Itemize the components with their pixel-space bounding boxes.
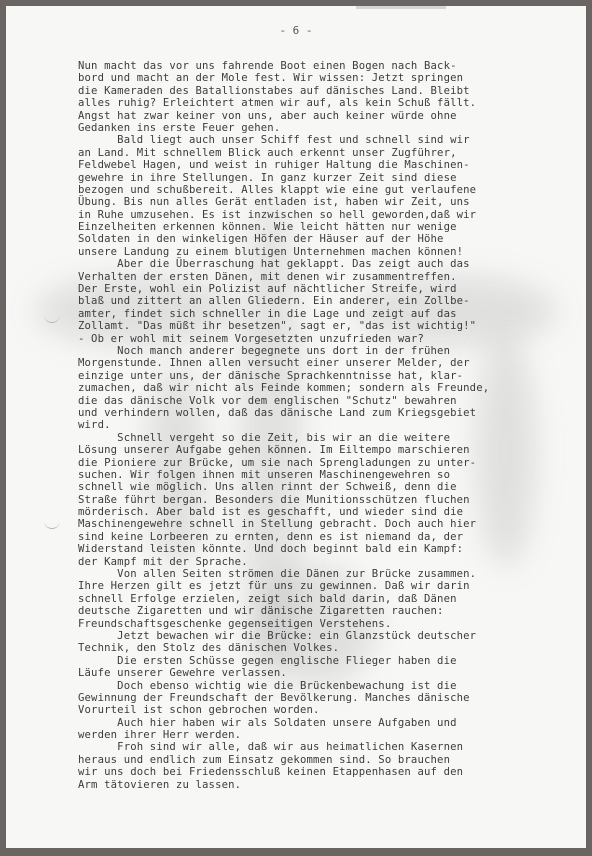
text-line: Gedanken ins erste Feuer gehen. (78, 122, 558, 134)
text-line: deutsche Zigaretten und wir dänische Zig… (78, 605, 558, 617)
text-line: unsere Landung zu einem blutigen Unterne… (78, 246, 558, 258)
page-number: - 6 - (6, 24, 586, 37)
text-line: Soldaten in den winkeligen Höfen der Häu… (78, 233, 558, 245)
text-line: Verhalten der ersten Dänen, mit denen wi… (78, 271, 558, 283)
text-line: Der Erste, wohl ein Polizist auf nächtli… (78, 283, 558, 295)
text-line: Noch manch anderer begegnete uns dort in… (78, 345, 558, 357)
text-line: Bald liegt auch unser Schiff fest und sc… (78, 134, 558, 146)
text-line: heraus und endlich zum Einsatz gekommen … (78, 754, 558, 766)
scan-artifact (356, 6, 446, 9)
text-line: Straße führt bergan. Besonders die Munit… (78, 494, 558, 506)
text-line: Morgenstunde. Ihnen allen versucht einer… (78, 357, 558, 369)
text-line: Einzelheiten erkennen können. Wie leicht… (78, 221, 558, 233)
text-line: Lösung unserer Aufgabe gehen können. Im … (78, 444, 558, 456)
text-line: sind keine Lorbeeren zu ernten, denn es … (78, 531, 558, 543)
typewritten-body-text: Nun macht das vor uns fahrende Boot eine… (78, 60, 558, 791)
text-line: wird. (78, 419, 558, 431)
document-page: - 6 - Nun macht das vor uns fahrende Boo… (6, 6, 586, 848)
text-line: bord und macht an der Mole fest. Wir wis… (78, 72, 558, 84)
text-line: - Ob er wohl mit seinem Vorgesetzten unz… (78, 333, 558, 345)
text-line: mörderisch. Aber bald ist es geschafft, … (78, 506, 558, 518)
text-line: Nun macht das vor uns fahrende Boot eine… (78, 60, 558, 72)
text-line: Auch hier haben wir als Soldaten unsere … (78, 717, 558, 729)
text-line: die Pioniere zur Brücke, um sie nach Spr… (78, 457, 558, 469)
text-line: Technik, den Stolz des dänischen Volkes. (78, 642, 558, 654)
punch-hole-mark (44, 520, 60, 529)
text-line: Die ersten Schüsse gegen englische Flieg… (78, 655, 558, 667)
text-line: blaß und zittert an allen Gliedern. Ein … (78, 295, 558, 307)
text-line: schnell Erfolge erzielen, zeigt sich bal… (78, 593, 558, 605)
text-line: zumachen, daß wir nicht als Feinde komme… (78, 382, 558, 394)
text-line: Von allen Seiten strömen die Dänen zur B… (78, 568, 558, 580)
text-line: Widerstand leisten könnte. Und doch begi… (78, 543, 558, 555)
text-line: Maschinengewehre schnell in Stellung geb… (78, 518, 558, 530)
text-line: Ihre Herzen gilt es jetzt für uns zu gew… (78, 580, 558, 592)
text-line: Schnell vergeht so die Zeit, bis wir an … (78, 432, 558, 444)
text-line: Feldwebel Hagen, und weist in ruhiger Ha… (78, 159, 558, 171)
text-line: die das dänische Volk vor dem englischen… (78, 395, 558, 407)
text-line: Freundschaftsgeschenke gegenseitigen Ver… (78, 618, 558, 630)
text-line: suchen. Wir folgen ihnen mit unseren Mas… (78, 469, 558, 481)
text-line: Läufe unserer Gewehre verlassen. (78, 667, 558, 679)
text-line: Doch ebenso wichtig wie die Brückenbewac… (78, 680, 558, 692)
text-line: wir uns doch bei Friedensschluß keinen E… (78, 766, 558, 778)
text-line: amter, findet sich schneller in die Lage… (78, 308, 558, 320)
text-line: die Kameraden des Batallionstabes auf dä… (78, 85, 558, 97)
text-line: Gewinnung der Freundschaft der Bevölkeru… (78, 692, 558, 704)
text-line: Aber die Überraschung hat geklappt. Das … (78, 258, 558, 270)
text-line: Arm tätovieren zu lassen. (78, 779, 558, 791)
text-line: und verhindern wollen, daß das dänische … (78, 407, 558, 419)
text-line: Froh sind wir alle, daß wir aus heimatli… (78, 741, 558, 753)
text-line: Zollamt. "Das müßt ihr besetzen", sagt e… (78, 320, 558, 332)
text-line: Angst hat zwar keiner von uns, aber auch… (78, 110, 558, 122)
text-line: Übung. Bis nun alles Gerät entladen ist,… (78, 196, 558, 208)
text-line: Vorurteil ist schon gebrochen worden. (78, 704, 558, 716)
text-line: schnell wie möglich. Uns allen rinnt der… (78, 481, 558, 493)
text-line: bezogen und schußbereit. Alles klappt wi… (78, 184, 558, 196)
punch-hole-mark (44, 314, 60, 323)
text-line: der Kampf mit der Sprache. (78, 556, 558, 568)
text-line: an Land. Mit schnellem Blick auch erkenn… (78, 147, 558, 159)
text-line: einzige unter uns, der dänische Sprachke… (78, 370, 558, 382)
text-line: alles ruhig? Erleichtert atmen wir auf, … (78, 97, 558, 109)
text-line: in Ruhe umzusehen. Es ist inzwischen so … (78, 209, 558, 221)
text-line: werden ihrer Herr werden. (78, 729, 558, 741)
text-line: gewehre in ihre Stellungen. In ganz kurz… (78, 172, 558, 184)
text-line: Jetzt bewachen wir die Brücke: ein Glanz… (78, 630, 558, 642)
